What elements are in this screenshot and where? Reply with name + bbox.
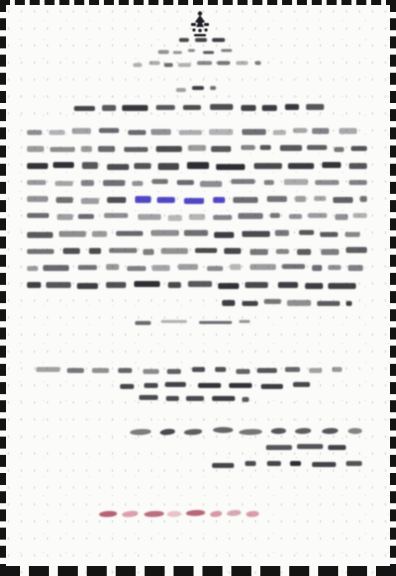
word-blob — [305, 283, 323, 289]
recipient-line-2 — [120, 381, 320, 392]
word-blob — [241, 105, 256, 111]
word-blob — [156, 105, 175, 111]
word-blob — [262, 105, 277, 111]
word-blob — [188, 49, 195, 53]
body-line-5 — [27, 195, 367, 207]
word-blob — [242, 397, 249, 402]
word-blob — [178, 264, 198, 270]
word-blob — [332, 367, 342, 372]
word-blob — [27, 232, 53, 238]
word-blob — [165, 382, 186, 387]
word-blob — [285, 367, 299, 372]
word-blob — [81, 180, 95, 186]
word-blob — [278, 282, 297, 288]
word-blob — [349, 180, 367, 186]
word-blob — [92, 368, 109, 373]
word-blob — [36, 367, 60, 372]
letterhead-line-2 — [133, 60, 261, 70]
word-blob — [139, 395, 158, 400]
word-blob — [210, 86, 216, 90]
word-blob — [275, 230, 289, 236]
word-blob — [360, 196, 367, 202]
recipient-line-3 — [139, 394, 249, 405]
word-blob — [288, 163, 314, 169]
word-blob — [104, 213, 128, 219]
word-blob — [229, 383, 252, 388]
word-blob — [317, 301, 340, 307]
word-blob — [255, 61, 261, 65]
word-blob — [72, 128, 91, 134]
word-blob — [128, 130, 145, 136]
word-blob — [297, 249, 312, 255]
word-blob — [161, 248, 188, 254]
word-blob — [266, 445, 292, 451]
word-blob — [116, 231, 143, 237]
word-blob — [89, 248, 101, 254]
word-blob — [217, 61, 230, 65]
word-blob — [348, 265, 362, 271]
word-blob — [299, 230, 315, 236]
word-blob — [168, 215, 182, 221]
red-stamp-line — [99, 508, 261, 520]
word-blob — [203, 51, 215, 55]
word-blob — [320, 232, 337, 238]
word-blob — [214, 232, 235, 238]
body-line-6 — [27, 212, 367, 224]
word-blob — [130, 429, 151, 435]
word-blob — [187, 162, 210, 168]
word-blob — [178, 63, 191, 67]
word-blob — [151, 129, 170, 135]
signature-line-1 — [130, 426, 362, 438]
word-blob — [192, 86, 204, 90]
word-blob — [328, 445, 346, 451]
word-blob — [271, 428, 286, 434]
word-blob — [144, 383, 158, 388]
word-blob — [293, 382, 310, 387]
word-blob — [230, 264, 241, 270]
word-blob — [50, 147, 75, 153]
body-line-11 — [222, 298, 352, 310]
word-blob — [334, 147, 345, 153]
word-blob — [213, 427, 233, 433]
word-blob — [197, 61, 213, 65]
word-blob — [245, 282, 268, 288]
word-blob — [242, 231, 269, 237]
word-blob — [106, 282, 126, 288]
word-blob — [264, 299, 281, 305]
word-blob — [236, 369, 250, 374]
word-blob — [138, 214, 161, 220]
word-blob — [98, 146, 115, 152]
word-blob — [309, 368, 322, 373]
word-blob — [184, 230, 208, 236]
word-blob — [183, 105, 201, 111]
word-blob — [280, 145, 301, 151]
word-blob — [43, 265, 69, 271]
word-blob — [192, 367, 205, 372]
word-blob — [78, 214, 93, 220]
hyperlink-text[interactable] — [184, 198, 204, 205]
word-blob — [158, 50, 169, 54]
word-blob — [152, 179, 168, 185]
word-blob — [57, 214, 73, 220]
word-blob — [348, 428, 362, 434]
word-blob — [315, 180, 340, 186]
word-blob — [134, 281, 160, 287]
word-blob — [293, 128, 306, 134]
word-blob — [158, 163, 179, 169]
word-blob — [27, 249, 54, 255]
word-blob — [289, 214, 302, 220]
word-blob — [254, 163, 282, 169]
word-blob — [267, 461, 281, 466]
word-blob — [27, 266, 38, 272]
word-blob — [173, 51, 182, 55]
word-blob — [27, 180, 46, 186]
word-blob — [106, 264, 119, 270]
word-blob — [124, 147, 149, 153]
word-blob — [144, 511, 164, 517]
word-blob — [176, 88, 186, 92]
word-blob — [186, 510, 205, 516]
word-blob — [164, 63, 173, 67]
word-blob — [312, 128, 329, 134]
body-line-1 — [27, 127, 367, 139]
word-blob — [295, 196, 307, 202]
word-blob — [133, 63, 142, 67]
word-blob — [27, 282, 41, 288]
word-blob — [245, 461, 256, 466]
word-blob — [103, 180, 125, 186]
word-blob — [78, 265, 97, 271]
word-blob — [221, 49, 232, 53]
word-blob — [231, 179, 255, 185]
word-blob — [210, 104, 234, 110]
word-blob — [27, 163, 48, 169]
body-line-2 — [27, 144, 367, 156]
word-blob — [179, 130, 203, 136]
word-blob — [322, 162, 341, 168]
word-blob — [306, 104, 324, 110]
body-line-4 — [27, 178, 367, 190]
word-blob — [211, 146, 231, 152]
word-blob — [127, 266, 146, 272]
word-blob — [168, 282, 181, 288]
word-blob — [188, 281, 212, 287]
word-blob — [120, 384, 134, 389]
signature-line-3 — [212, 460, 362, 471]
word-blob — [226, 509, 241, 515]
word-blob — [200, 181, 221, 187]
word-blob — [218, 283, 238, 289]
word-blob — [27, 130, 42, 136]
word-blob — [143, 249, 154, 255]
word-blob — [241, 145, 256, 151]
word-blob — [99, 128, 119, 134]
word-blob — [222, 300, 235, 306]
word-blob — [287, 300, 311, 306]
word-blob — [92, 231, 107, 237]
word-blob — [270, 213, 280, 219]
word-blob — [239, 320, 250, 324]
word-blob — [107, 197, 127, 203]
word-blob — [122, 510, 138, 517]
word-blob — [167, 511, 181, 517]
word-blob — [49, 130, 65, 136]
word-blob — [295, 428, 311, 434]
word-blob — [198, 383, 222, 388]
word-blob — [285, 104, 298, 110]
word-blob — [67, 368, 84, 373]
body-line-10 — [27, 280, 367, 292]
word-blob — [307, 145, 328, 151]
word-blob — [239, 429, 261, 435]
hyperlink-text[interactable] — [213, 197, 224, 204]
reference-number — [176, 85, 216, 95]
word-blob — [236, 61, 248, 65]
word-blob — [151, 230, 178, 236]
word-blob — [207, 266, 224, 272]
word-blob — [238, 213, 263, 219]
word-blob — [212, 463, 234, 468]
word-blob — [107, 164, 129, 170]
word-blob — [276, 249, 289, 255]
word-blob — [346, 301, 352, 307]
word-blob — [53, 162, 74, 168]
word-blob — [282, 264, 304, 270]
word-blob — [74, 106, 95, 112]
word-blob — [267, 196, 287, 202]
word-blob — [297, 444, 323, 450]
word-blob — [233, 197, 258, 203]
word-blob — [312, 462, 336, 467]
word-blob — [149, 61, 160, 65]
word-blob — [349, 163, 367, 169]
body-line-9 — [27, 263, 367, 275]
word-blob — [339, 128, 357, 134]
word-blob — [46, 282, 71, 288]
closing-line — [135, 318, 250, 328]
word-blob — [77, 283, 98, 289]
hyperlink-text[interactable] — [135, 196, 151, 203]
word-blob — [257, 368, 277, 373]
word-blob — [82, 162, 99, 168]
word-blob — [209, 129, 233, 135]
word-blob — [260, 145, 270, 151]
word-blob — [160, 429, 175, 435]
word-blob — [143, 369, 160, 374]
word-blob — [118, 368, 132, 373]
word-blob — [246, 511, 259, 517]
word-blob — [167, 369, 182, 374]
word-blob — [179, 38, 189, 42]
word-blob — [224, 248, 241, 254]
word-blob — [56, 197, 73, 203]
word-blob — [216, 164, 245, 170]
word-blob — [152, 265, 171, 271]
subject-line — [74, 103, 324, 115]
word-blob — [242, 301, 258, 307]
word-blob — [314, 196, 326, 202]
word-blob — [122, 105, 148, 111]
word-blob — [328, 283, 356, 289]
letterhead-line-1 — [158, 48, 238, 58]
word-blob — [322, 428, 338, 434]
word-blob — [177, 180, 194, 186]
word-blob — [27, 146, 44, 152]
word-blob — [273, 130, 286, 136]
word-blob — [312, 265, 322, 271]
word-blob — [156, 146, 183, 152]
word-blob — [189, 214, 205, 220]
word-blob — [63, 248, 80, 254]
word-blob — [184, 429, 203, 435]
word-blob — [261, 384, 283, 389]
word-blob — [102, 105, 116, 111]
hyperlink-text[interactable] — [157, 197, 175, 204]
word-blob — [81, 146, 92, 152]
word-blob — [242, 129, 266, 135]
word-blob — [212, 38, 225, 42]
word-blob — [161, 320, 187, 324]
body-line-3 — [27, 161, 367, 173]
word-blob — [333, 197, 353, 203]
word-blob — [264, 180, 274, 186]
word-blob — [134, 163, 151, 169]
word-blob — [55, 181, 73, 187]
word-blob — [135, 321, 151, 325]
word-blob — [199, 321, 233, 325]
word-blob — [284, 179, 308, 185]
word-blob — [213, 215, 232, 221]
word-blob — [210, 510, 222, 517]
word-blob — [351, 146, 367, 152]
word-blob — [353, 213, 367, 219]
word-blob — [195, 248, 217, 254]
word-blob — [346, 461, 362, 466]
word-blob — [290, 461, 302, 466]
word-blob — [132, 181, 143, 187]
word-blob — [186, 396, 204, 401]
body-line-8 — [27, 246, 367, 258]
word-blob — [328, 265, 341, 271]
word-blob — [212, 396, 236, 401]
word-blob — [99, 511, 117, 517]
word-blob — [345, 232, 359, 238]
word-blob — [346, 247, 367, 253]
word-blob — [188, 145, 206, 151]
word-blob — [250, 264, 275, 270]
word-blob — [27, 213, 49, 219]
emblem-base-bars — [179, 36, 225, 46]
word-blob — [250, 249, 268, 255]
word-blob — [81, 198, 99, 204]
scanned-letter-page — [0, 0, 396, 576]
word-blob — [321, 249, 339, 255]
word-blob — [109, 248, 137, 254]
word-blob — [308, 213, 327, 219]
word-blob — [59, 231, 86, 237]
word-blob — [215, 367, 226, 372]
recipient-line-1 — [36, 366, 342, 377]
word-blob — [335, 214, 348, 220]
word-blob — [27, 196, 48, 202]
word-blob — [195, 38, 207, 42]
word-blob — [166, 396, 179, 401]
body-line-7 — [27, 229, 367, 241]
signature-name — [266, 442, 346, 454]
